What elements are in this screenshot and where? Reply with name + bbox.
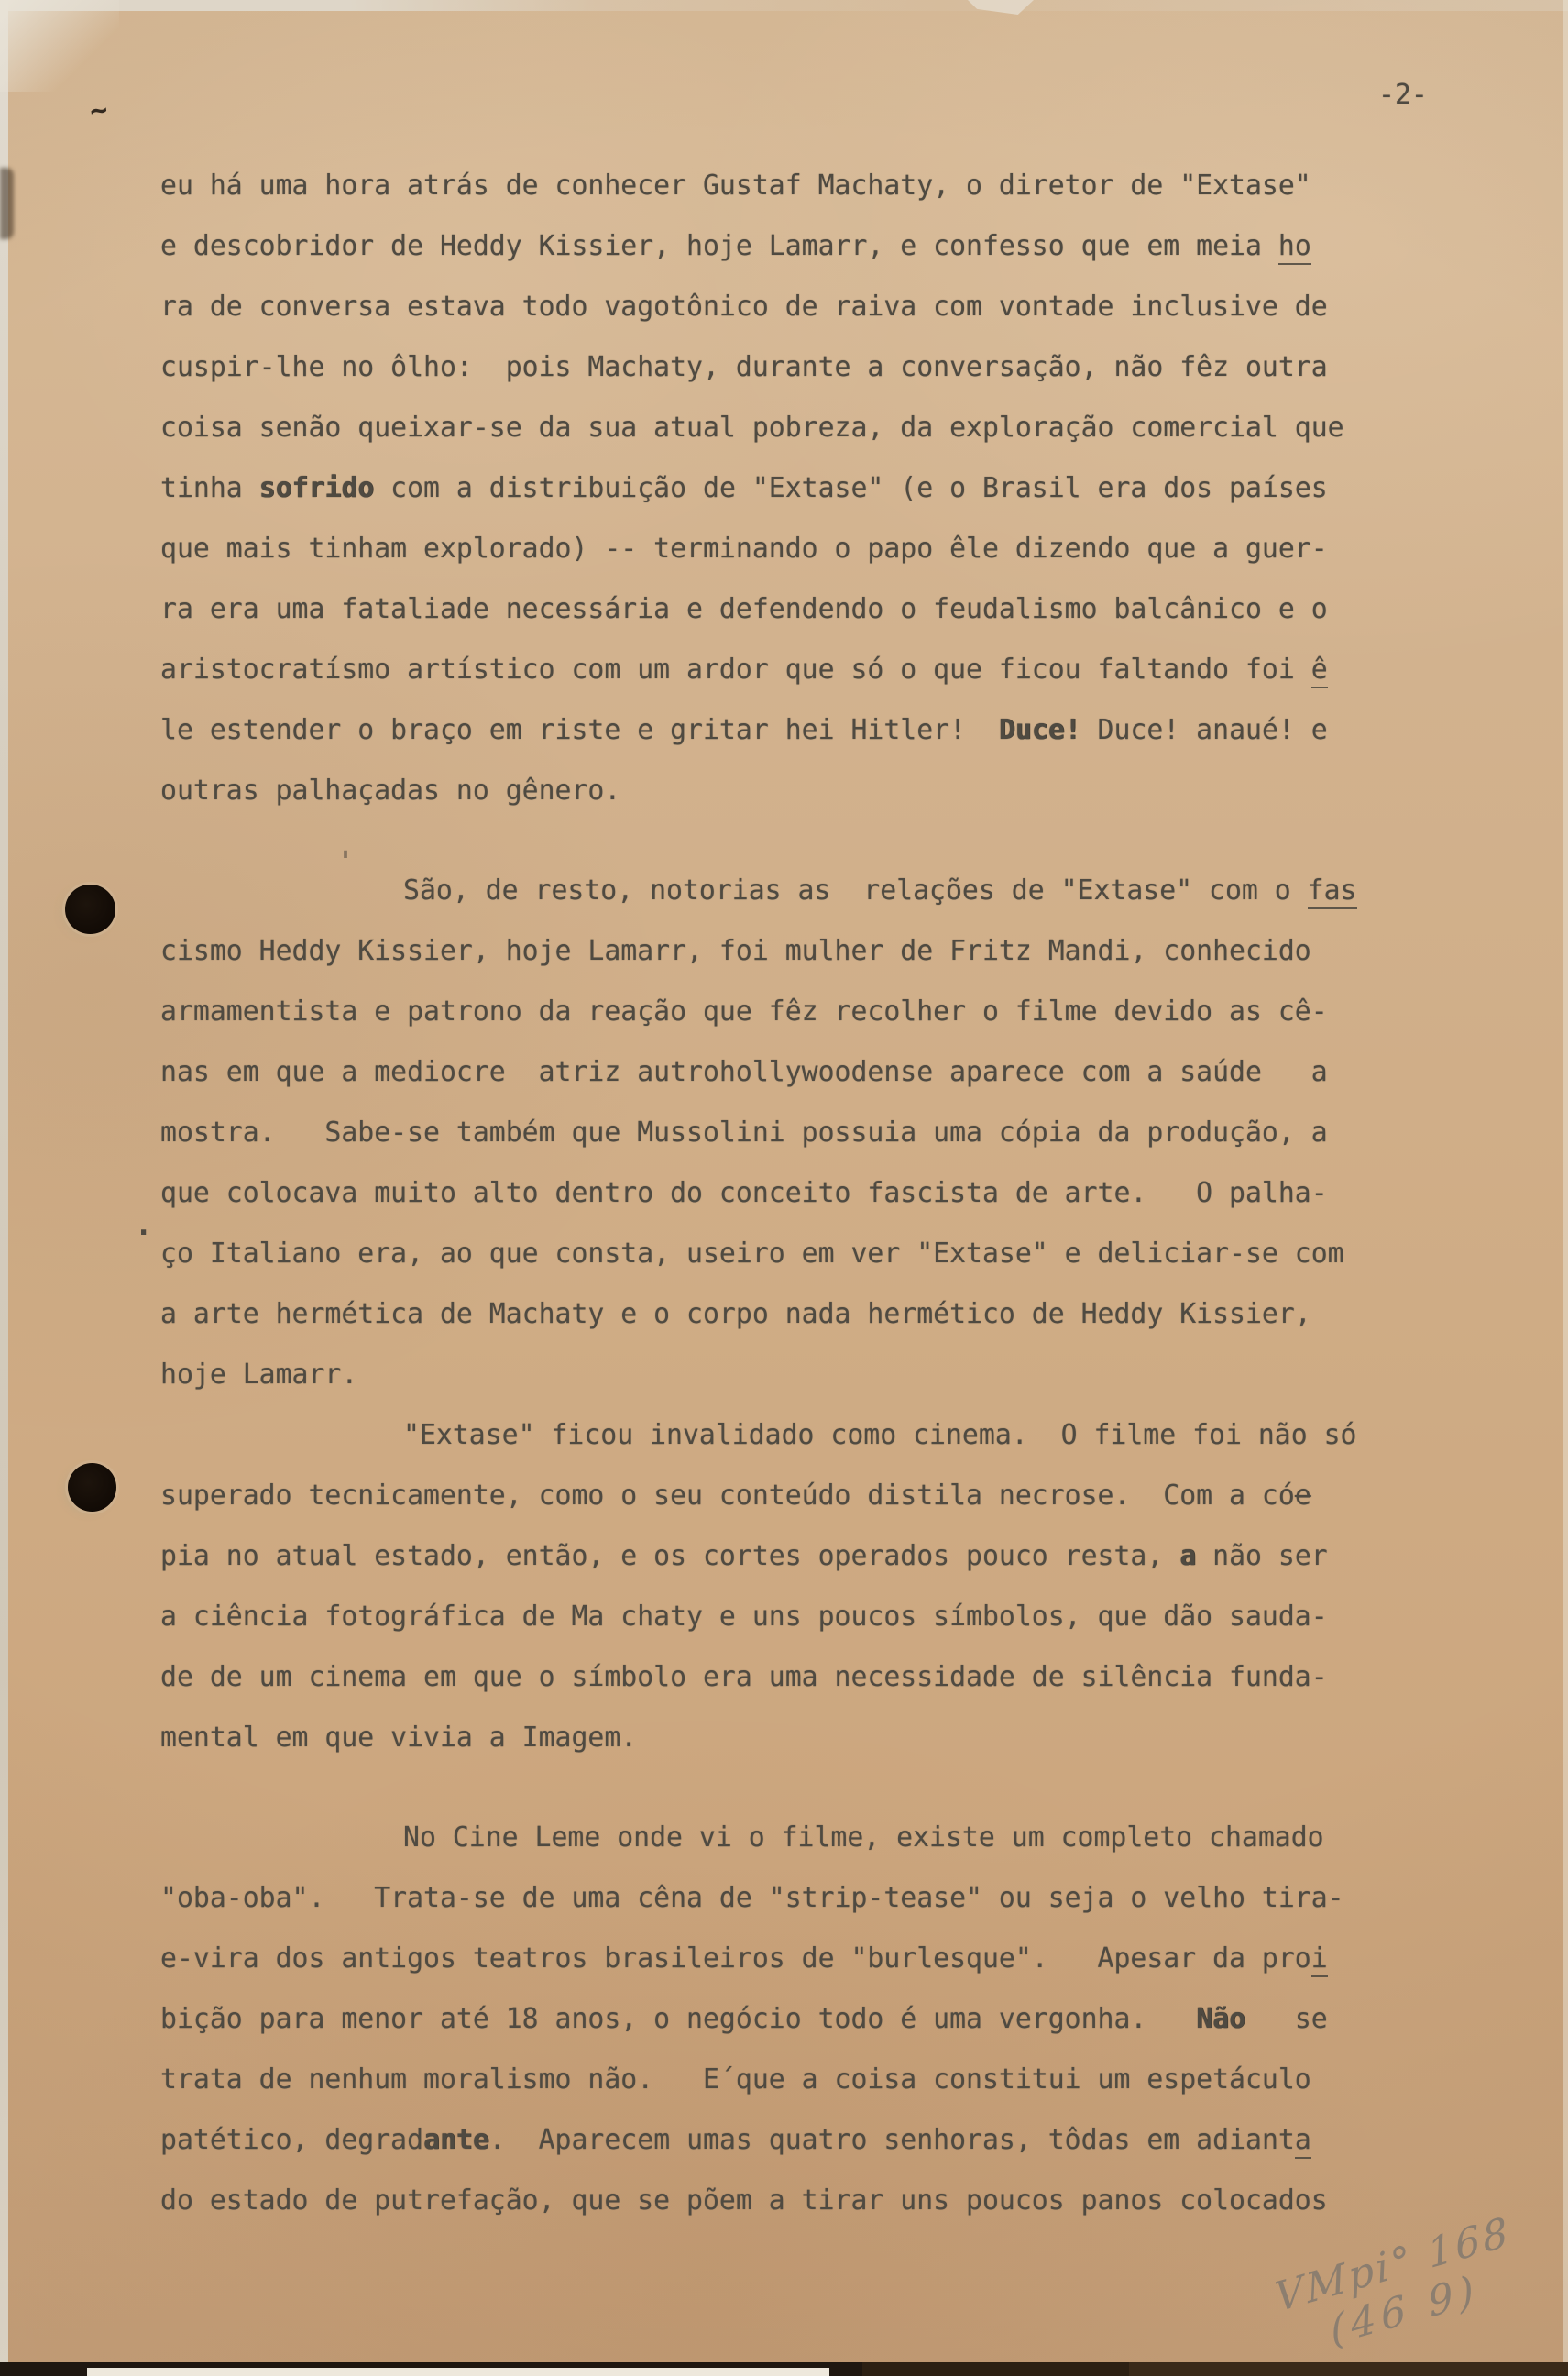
typed-line: outras palhaçadas no gênero.: [160, 761, 1489, 821]
typed-segment: ra de conversa estava todo vagotônico de…: [160, 291, 1328, 323]
paragraph: São, de resto, notorias as relações de "…: [160, 861, 1489, 1405]
paper-notch: [968, 0, 1034, 15]
typed-text: eu há uma hora atrás de conhecer Gustaf …: [160, 156, 1489, 2231]
typed-segment: ê: [1311, 654, 1328, 688]
typed-segment: ço Italiano era, ao que consta, useiro e…: [160, 1237, 1344, 1270]
typed-segment: sofrido: [259, 472, 375, 504]
typed-segment: e-vira dos antigos teatros brasileiros d…: [160, 1942, 1311, 1974]
typed-segment: aristocratísmo artístico com um ardor qu…: [160, 654, 1311, 686]
typed-line: aristocratísmo artístico com um ardor qu…: [160, 640, 1489, 700]
typed-line: a arte hermética de Machaty e o corpo na…: [160, 1284, 1489, 1345]
typed-segment: ante: [423, 2124, 489, 2156]
typed-line: "Extase" ficou invalidado como cinema. O…: [160, 1405, 1489, 1466]
typed-segment: patético, degrad: [160, 2124, 423, 2156]
typed-line: ra era uma fataliade necessária e defend…: [160, 579, 1489, 640]
paragraph: No Cine Leme onde vi o filme, existe um …: [160, 1808, 1489, 2231]
typed-segment: São, de resto, notorias as relações de "…: [403, 874, 1308, 907]
typed-line: hoje Lamarr.: [160, 1345, 1489, 1405]
paper-edge-smudge: [0, 168, 14, 239]
typed-line: coisa senão queixar-se da sua atual pobr…: [160, 398, 1489, 458]
paper-corner-highlight: [0, 0, 119, 92]
typed-segment: ho: [1278, 230, 1311, 265]
stray-mark: ': [337, 849, 354, 876]
typed-line: trata de nenhum moralismo não. E´que a c…: [160, 2050, 1489, 2110]
typed-segment: trata de nenhum moralismo não. E´que a c…: [160, 2063, 1311, 2095]
typed-segment: le estender o braço em riste e gritar he…: [160, 714, 999, 746]
stray-mark: ~: [88, 94, 110, 126]
typed-line: cismo Heddy Kissier, hoje Lamarr, foi mu…: [160, 921, 1489, 982]
typed-line: No Cine Leme onde vi o filme, existe um …: [160, 1808, 1489, 1868]
stray-mark: .: [135, 1210, 152, 1239]
typed-segment: . Aparecem umas quatro senhoras, tôdas e…: [489, 2124, 1295, 2156]
typed-segment: fas: [1308, 874, 1357, 909]
typed-segment: se: [1245, 2003, 1328, 2035]
typed-segment: a: [1295, 2124, 1311, 2159]
scan-edge-top: [0, 0, 1568, 11]
typed-segment: No Cine Leme onde vi o filme, existe um …: [403, 1821, 1324, 1853]
hole-punch-top: [65, 885, 115, 934]
typed-segment: coisa senão queixar-se da sua atual pobr…: [160, 412, 1344, 444]
typed-segment: a: [1179, 1540, 1196, 1572]
typed-line: São, de resto, notorias as relações de "…: [160, 861, 1489, 921]
typed-line: le estender o braço em riste e gritar he…: [160, 700, 1489, 761]
typed-line: pia no atual estado, então, e os cortes …: [160, 1526, 1489, 1587]
typed-segment: eu há uma hora atrás de conhecer Gustaf …: [160, 170, 1311, 202]
typed-segment: nas em que a mediocre atriz autrohollywo…: [160, 1056, 1328, 1088]
typed-line: que mais tinham explorado) -- terminando…: [160, 519, 1489, 579]
typed-segment: mostra. Sabe-se também que Mussolini pos…: [160, 1116, 1328, 1149]
typed-line: nas em que a mediocre atriz autrohollywo…: [160, 1042, 1489, 1103]
typed-segment: mental em que vivia a Imagem.: [160, 1721, 637, 1754]
typed-line: a ciência fotográfica de Ma chaty e uns …: [160, 1587, 1489, 1647]
scan-edge-left: [0, 0, 8, 2376]
typed-line: de de um cinema em que o símbolo era uma…: [160, 1647, 1489, 1708]
typed-segment: e: [1295, 1479, 1311, 1512]
scan-edge-bottom-underlay: [87, 2368, 829, 2376]
typed-segment: que mais tinham explorado) -- terminando…: [160, 533, 1328, 565]
scanned-page: -2- eu há uma hora atrás de conhecer Gus…: [0, 0, 1568, 2376]
typed-segment: que colocava muito alto dentro do concei…: [160, 1177, 1328, 1209]
typed-segment: Duce!: [999, 714, 1081, 746]
typed-segment: "Extase" ficou invalidado como cinema. O…: [403, 1419, 1356, 1451]
hole-punch-bottom: [68, 1463, 116, 1512]
typed-line: cuspir-lhe no ôlho: pois Machaty, durant…: [160, 337, 1489, 398]
typed-segment: armamentista e patrono da reação que fêz…: [160, 995, 1328, 1028]
typed-segment: superado tecnicamente, como o seu conteú…: [160, 1479, 1295, 1512]
typed-line: superado tecnicamente, como o seu conteú…: [160, 1466, 1489, 1526]
typed-line: ço Italiano era, ao que consta, useiro e…: [160, 1224, 1489, 1284]
typed-line: "oba-oba". Trata-se de uma cêna de "stri…: [160, 1868, 1489, 1929]
typed-line: e-vira dos antigos teatros brasileiros d…: [160, 1929, 1489, 1989]
typed-line: do estado de putrefação, que se põem a t…: [160, 2171, 1489, 2231]
typed-segment: ra era uma fataliade necessária e defend…: [160, 593, 1328, 625]
typed-line: patético, degradante. Aparecem umas quat…: [160, 2110, 1489, 2171]
typed-line: e descobridor de Heddy Kissier, hoje Lam…: [160, 216, 1489, 277]
typed-segment: do estado de putrefação, que se põem a t…: [160, 2184, 1328, 2216]
typed-segment: não ser: [1196, 1540, 1328, 1572]
typed-segment: hoje Lamarr.: [160, 1358, 357, 1391]
typed-segment: cuspir-lhe no ôlho: pois Machaty, durant…: [160, 351, 1328, 383]
typed-line: mostra. Sabe-se também que Mussolini pos…: [160, 1103, 1489, 1163]
typed-segment: bição para menor até 18 anos, o negócio …: [160, 2003, 1196, 2035]
typed-segment: de de um cinema em que o símbolo era uma…: [160, 1661, 1328, 1693]
scan-edge-right: [1563, 0, 1568, 2376]
typed-segment: com a distribuição de "Extase" (e o Bras…: [374, 472, 1327, 504]
typed-segment: outras palhaçadas no gênero.: [160, 775, 620, 807]
page-number: -2-: [1378, 79, 1428, 111]
typed-line: eu há uma hora atrás de conhecer Gustaf …: [160, 156, 1489, 216]
typed-line: bição para menor até 18 anos, o negócio …: [160, 1989, 1489, 2050]
typed-line: mental em que vivia a Imagem.: [160, 1708, 1489, 1768]
typed-segment: a ciência fotográfica de Ma chaty e uns …: [160, 1600, 1328, 1633]
typed-segment: a arte hermética de Machaty e o corpo na…: [160, 1298, 1311, 1330]
typed-segment: Não: [1196, 2003, 1245, 2035]
typed-line: ra de conversa estava todo vagotônico de…: [160, 277, 1489, 337]
typed-segment: tinha: [160, 472, 259, 504]
typed-line: armamentista e patrono da reação que fêz…: [160, 982, 1489, 1042]
typed-segment: i: [1311, 1942, 1328, 1977]
typed-segment: e descobridor de Heddy Kissier, hoje Lam…: [160, 230, 1278, 262]
typed-line: tinha sofrido com a distribuição de "Ext…: [160, 458, 1489, 519]
typed-segment: pia no atual estado, então, e os cortes …: [160, 1540, 1179, 1572]
typed-segment: cismo Heddy Kissier, hoje Lamarr, foi mu…: [160, 935, 1311, 967]
paragraph: eu há uma hora atrás de conhecer Gustaf …: [160, 156, 1489, 821]
paragraph: "Extase" ficou invalidado como cinema. O…: [160, 1405, 1489, 1768]
typed-segment: "oba-oba". Trata-se de uma cêna de "stri…: [160, 1882, 1344, 1914]
typed-line: que colocava muito alto dentro do concei…: [160, 1163, 1489, 1224]
typed-segment: Duce! anaué! e: [1081, 714, 1328, 746]
